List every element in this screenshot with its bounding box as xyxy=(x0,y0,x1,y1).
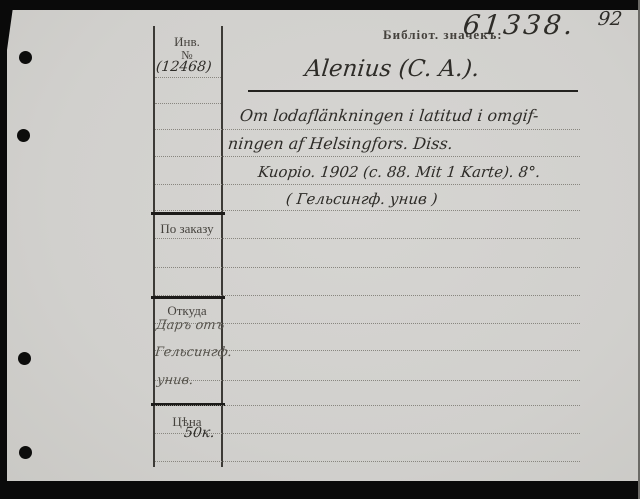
page-number: 92 xyxy=(597,8,623,30)
column-right-border xyxy=(221,26,223,467)
scan-edge-top xyxy=(0,0,640,10)
title-line1: Om lodaflänkningen i latitud i omgif- xyxy=(239,106,540,125)
ruled-line xyxy=(155,238,580,239)
origin-value-line2: Гельсингф. xyxy=(154,345,232,360)
ruled-line xyxy=(155,405,580,406)
column-divider xyxy=(151,296,225,299)
ruled-line xyxy=(155,210,580,211)
inventory-number: (12468) xyxy=(155,59,212,75)
title-line2: ningen af Helsingfors. Diss. xyxy=(227,134,454,153)
by-order-label: По заказу xyxy=(153,221,221,237)
ruled-line xyxy=(155,156,580,157)
note-line: ( Гельсингф. унив ) xyxy=(285,190,438,208)
ruled-line xyxy=(155,267,580,268)
scan-edge-left xyxy=(0,0,7,499)
price-value: 50к. xyxy=(183,425,215,441)
author-heading: Alenius (C. A.). xyxy=(304,56,481,82)
catalog-card-scan: Библіот. значекъ: 61338. 92 Инв. № (1246… xyxy=(0,0,640,499)
ruled-line xyxy=(155,103,221,104)
column-left-border xyxy=(153,26,155,467)
ruled-line xyxy=(155,461,580,462)
origin-value-line3: унив. xyxy=(156,373,194,388)
ruled-line xyxy=(155,129,580,130)
column-divider xyxy=(151,212,225,215)
ruled-line xyxy=(155,433,580,434)
ruled-line xyxy=(155,380,580,381)
scan-edge-bottom xyxy=(0,481,640,499)
ruled-line xyxy=(155,77,221,78)
punch-hole xyxy=(18,352,31,365)
library-mark-value: 61338. xyxy=(461,10,577,41)
imprint-line: Kuopio. 1902 (с. 88. Mit 1 Karte). 8°. xyxy=(257,163,541,181)
ruled-line xyxy=(155,295,580,296)
origin-value-line1: Даръ отъ xyxy=(155,318,225,333)
punch-hole xyxy=(19,446,32,459)
punch-hole xyxy=(17,129,30,142)
ruled-line xyxy=(155,184,580,185)
scan-corner-shade xyxy=(0,0,14,60)
author-underline xyxy=(248,90,578,92)
punch-hole xyxy=(19,51,32,64)
origin-label: Откуда xyxy=(153,303,221,319)
